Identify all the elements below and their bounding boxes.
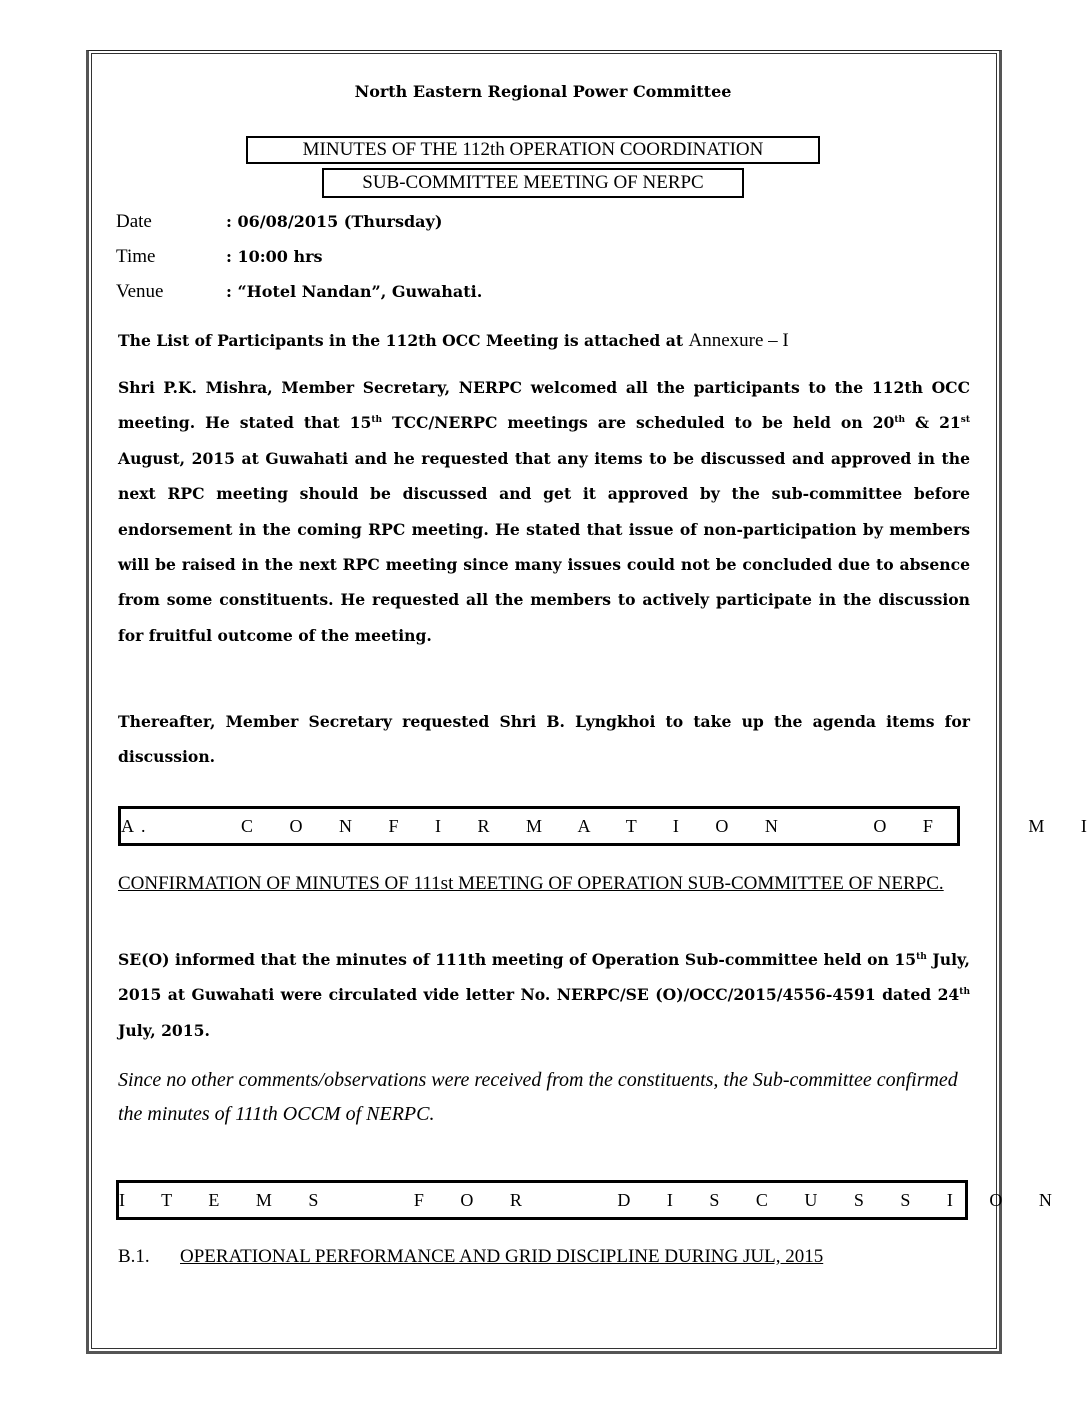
agenda-paragraph: Thereafter, Member Secretary requested S… [118, 704, 970, 775]
welcome-text-3: & 21 [905, 413, 961, 432]
section-a-subheading: CONFIRMATION OF MINUTES OF 111st MEETING… [118, 867, 960, 901]
participants-line: The List of Participants in the 112th OC… [118, 323, 970, 358]
participants-text: The List of Participants in the 112th OC… [118, 331, 683, 350]
date-value: : 06/08/2015 (Thursday) [226, 212, 442, 231]
item-title: OPERATIONAL PERFORMANCE AND GRID DISCIPL… [180, 1240, 960, 1274]
time-value: : 10:00 hrs [226, 247, 323, 266]
welcome-sup-2: th [894, 415, 905, 425]
organization-name: North Eastern Regional Power Committee [86, 82, 1000, 101]
date-label: Date [116, 211, 226, 233]
document-title-line-2: SUB-COMMITTEE MEETING OF NERPC [322, 168, 744, 198]
document-title-line-1: MINUTES OF THE 112th OPERATION COORDINAT… [246, 136, 820, 164]
annexure-link[interactable]: Annexure – I [688, 330, 788, 351]
meta-venue-row: Venue: “Hotel Nandan”, Guwahati. [116, 281, 482, 305]
section-a-paragraph: SE(O) informed that the minutes of 111th… [118, 942, 970, 1048]
section-a-sup-2: th [959, 987, 970, 997]
welcome-sup-1: th [371, 415, 382, 425]
meta-time-row: Time: 10:00 hrs [116, 246, 323, 270]
venue-value: : “Hotel Nandan”, Guwahati. [226, 282, 482, 301]
welcome-text-4: August, 2015 at Guwahati and he requeste… [118, 449, 970, 645]
meta-date-row: Date: 06/08/2015 (Thursday) [116, 211, 442, 235]
welcome-paragraph: Shri P.K. Mishra, Member Secretary, NERP… [118, 370, 970, 653]
section-a-text-3: July, 2015. [118, 1021, 210, 1040]
section-b-heading: I T E M S F O R D I S C U S S I O N [116, 1180, 968, 1220]
section-a-sup-1: th [916, 952, 927, 962]
item-number: B.1. [118, 1240, 150, 1274]
welcome-sup-3: st [961, 415, 970, 425]
venue-label: Venue [116, 281, 226, 303]
section-a-heading: A. C O N F I R M A T I O N O F M I N U T… [118, 806, 960, 846]
section-a-confirmation: Since no other comments/observations wer… [118, 1063, 970, 1131]
section-a-text-1: SE(O) informed that the minutes of 111th… [118, 950, 916, 969]
time-label: Time [116, 246, 226, 268]
welcome-text-2: TCC/NERPC meetings are scheduled to be h… [382, 413, 894, 432]
